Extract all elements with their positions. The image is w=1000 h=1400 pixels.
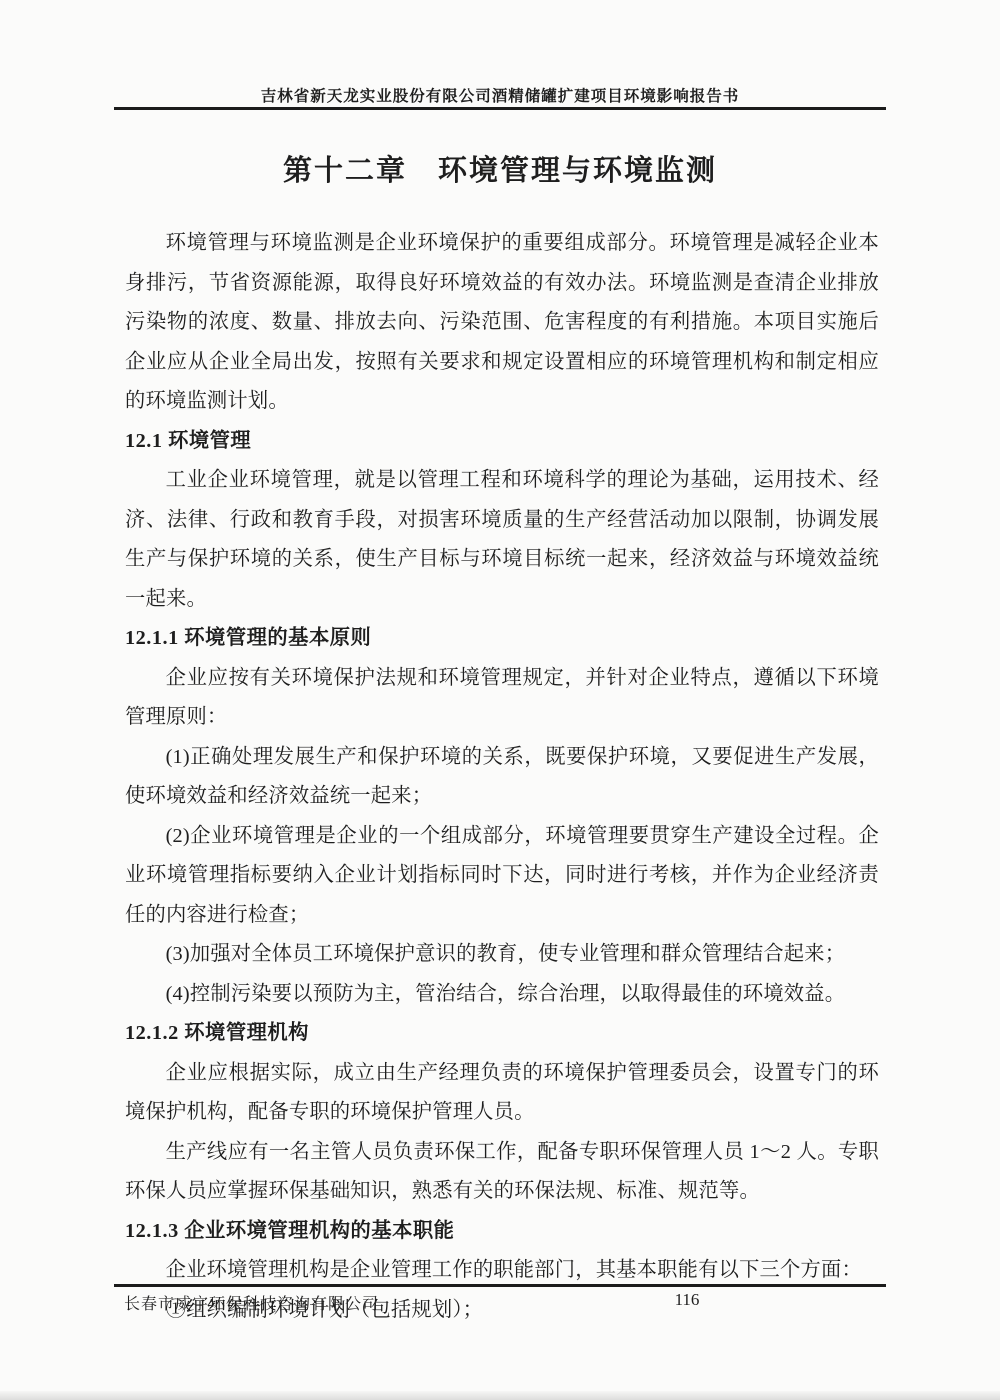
section-heading: 12.1.3 企业环境管理机构的基本职能	[125, 1212, 879, 1252]
paragraph: 生产线应有一名主管人员负责环保工作，配备专职环保管理人员 1～2 人。专职环保人…	[125, 1133, 879, 1212]
header-rule	[114, 107, 886, 110]
document-page: 吉林省新天龙实业股份有限公司酒精储罐扩建项目环境影响报告书 第十二章 环境管理与…	[0, 0, 1000, 1400]
page-number: 116	[675, 1290, 700, 1310]
document-body: 环境管理与环境监测是企业环境保护的重要组成部分。环境管理是减轻企业本身排污，节省…	[125, 224, 879, 1330]
paragraph: 工业企业环境管理，就是以管理工程和环境科学的理论为基础，运用技术、经济、法律、行…	[125, 461, 879, 619]
footer-company: 长春市威宇环保科技咨询有限公司	[124, 1291, 379, 1314]
chapter-title: 第十二章 环境管理与环境监测	[0, 148, 1000, 189]
paragraph: (2)企业环境管理是企业的一个组成部分，环境管理要贯穿生产建设全过程。企业环境管…	[125, 817, 879, 936]
section-heading: 12.1 环境管理	[125, 422, 879, 462]
footer-rule	[114, 1284, 886, 1287]
scan-edge-artifact	[0, 1391, 1000, 1400]
paragraph: 企业应根据实际，成立由生产经理负责的环境保护管理委员会，设置专门的环境保护机构，…	[125, 1054, 879, 1133]
paragraph: (4)控制污染要以预防为主，管治结合，综合治理，以取得最佳的环境效益。	[125, 975, 879, 1015]
section-heading: 12.1.2 环境管理机构	[125, 1014, 879, 1054]
paragraph: 企业应按有关环境保护法规和环境管理规定，并针对企业特点，遵循以下环境管理原则：	[125, 659, 879, 738]
paragraph: (3)加强对全体员工环境保护意识的教育，使专业管理和群众管理结合起来；	[125, 935, 879, 975]
section-heading: 12.1.1 环境管理的基本原则	[125, 619, 879, 659]
paragraph: 环境管理与环境监测是企业环境保护的重要组成部分。环境管理是减轻企业本身排污，节省…	[125, 224, 879, 422]
running-header: 吉林省新天龙实业股份有限公司酒精储罐扩建项目环境影响报告书	[0, 84, 1000, 106]
paragraph: (1)正确处理发展生产和保护环境的关系，既要保护环境，又要促进生产发展，使环境效…	[125, 738, 879, 817]
